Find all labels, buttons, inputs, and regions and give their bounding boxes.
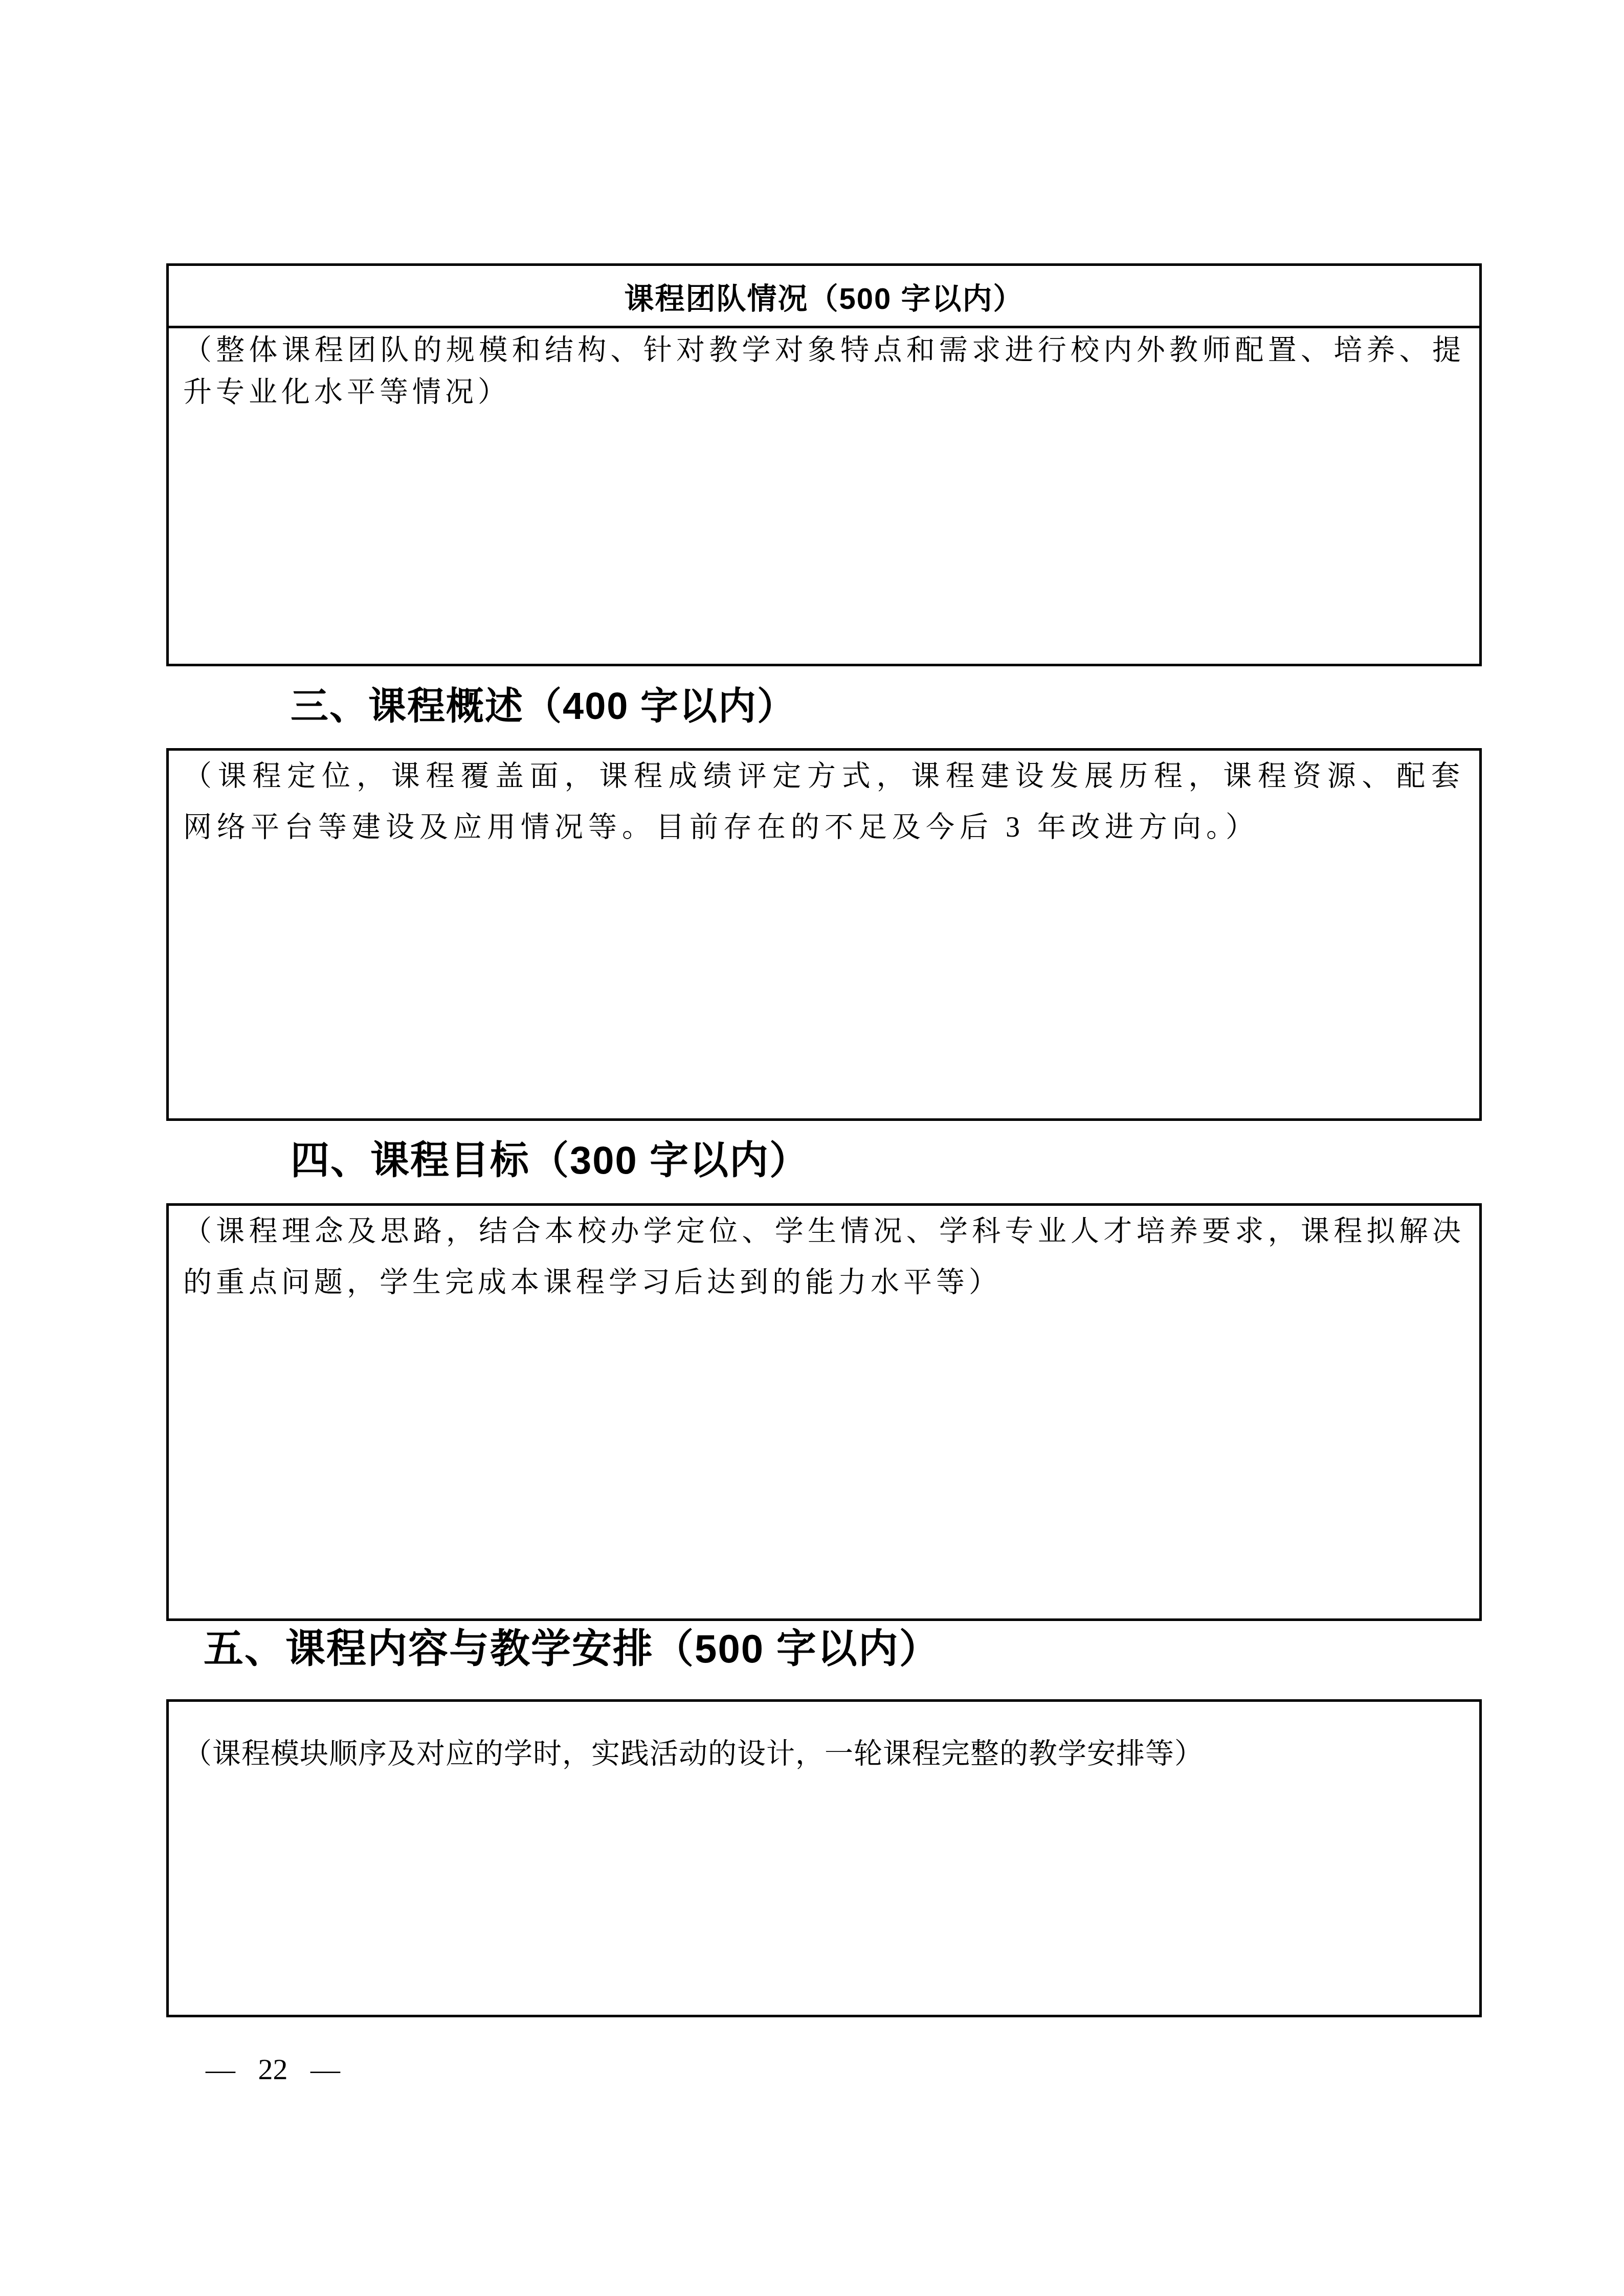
course-team-table: 课程团队情况（500 字以内） （整体课程团队的规模和结构、针对教学对象特点和需… (166, 263, 1482, 666)
section-heading-course-objectives: 四、课程目标（300 字以内） (291, 1141, 809, 1180)
section-heading-course-overview: 三、课程概述（400 字以内） (291, 687, 796, 725)
course-content-schedule-box: （课程模块顺序及对应的学时，实践活动的设计，一轮课程完整的教学安排等） (166, 1699, 1482, 2017)
course-team-placeholder-text: （整体课程团队的规模和结构、针对教学对象特点和需求进行校内外教师配置、培养、提升… (169, 328, 1479, 413)
course-content-placeholder-text: （课程模块顺序及对应的学时，实践活动的设计，一轮课程完整的教学安排等） (169, 1702, 1479, 1780)
course-overview-placeholder-text: （课程定位，课程覆盖面，课程成绩评定方式，课程建设发展历程，课程资源、配套网络平… (169, 751, 1479, 853)
section-heading-course-content-schedule: 五、课程内容与教学安排（500 字以内） (204, 1629, 940, 1669)
page-number: — 22 — (206, 2055, 340, 2084)
course-objectives-placeholder-text: （课程理念及思路，结合本校办学定位、学生情况、学科专业人才培养要求，课程拟解决的… (169, 1206, 1479, 1308)
course-team-header: 课程团队情况（500 字以内） (169, 266, 1479, 328)
course-objectives-box: （课程理念及思路，结合本校办学定位、学生情况、学科专业人才培养要求，课程拟解决的… (166, 1203, 1482, 1621)
course-overview-box: （课程定位，课程覆盖面，课程成绩评定方式，课程建设发展历程，课程资源、配套网络平… (166, 748, 1482, 1121)
form-page: 课程团队情况（500 字以内） （整体课程团队的规模和结构、针对教学对象特点和需… (0, 0, 1624, 2296)
